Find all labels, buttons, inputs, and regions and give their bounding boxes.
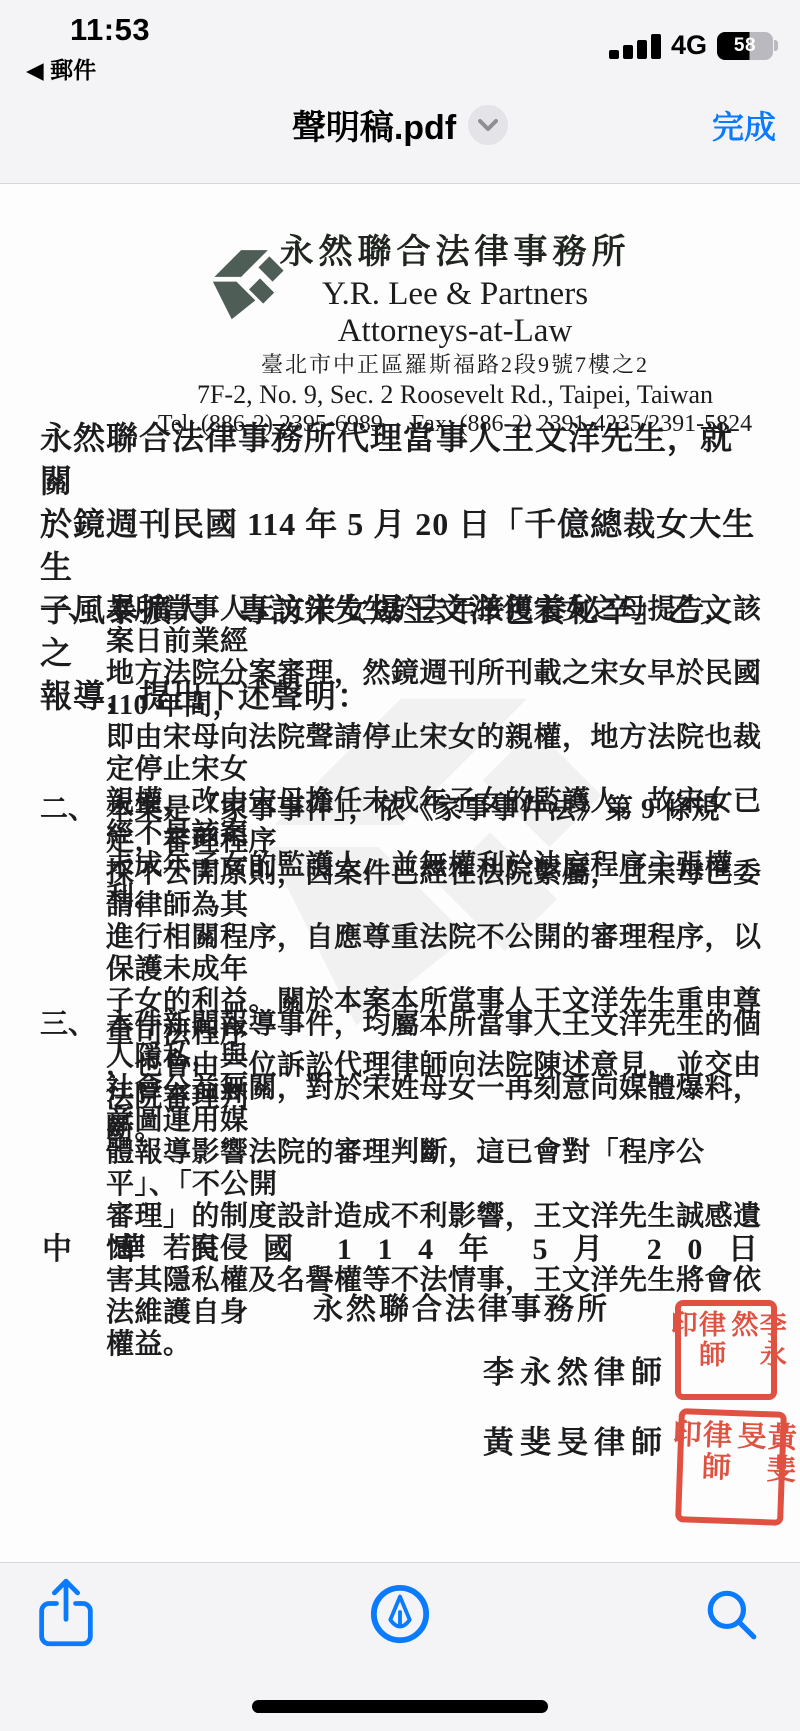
seal-1-left-column: 律師印 xyxy=(667,1310,724,1390)
seal-1-right-column: 李永然 xyxy=(728,1310,785,1390)
share-icon xyxy=(38,1577,94,1649)
firm-address-zh: 臺北市中正區羅斯福路2段9號7樓之2 xyxy=(110,350,800,380)
share-button[interactable] xyxy=(38,1577,94,1654)
firm-name-en: Y.R. Lee & Partners xyxy=(110,276,800,313)
signature-lawyer-2: 黃斐旻律師 xyxy=(483,1417,668,1462)
back-to-mail-button[interactable]: ◀ 郵件 xyxy=(26,52,96,85)
done-button[interactable]: 完成 xyxy=(712,102,776,148)
chevron-down-icon xyxy=(478,119,498,131)
seal-2-left-column: 律師印 xyxy=(667,1418,731,1514)
markup-button[interactable] xyxy=(369,1583,431,1650)
markup-icon xyxy=(369,1583,431,1645)
item-3-number: 三、 xyxy=(40,1009,106,1361)
title-menu-button[interactable] xyxy=(468,105,508,145)
date-line: 中 華 民 國 1 1 4 年 5 月 2 0 日 xyxy=(42,1224,758,1268)
battery-icon: 58 xyxy=(717,32,778,60)
signal-bars-icon xyxy=(609,33,661,59)
firm-name-zh: 永然聯合法律事務所 xyxy=(110,230,800,276)
network-type-label: 4G xyxy=(671,30,707,61)
search-icon xyxy=(702,1585,760,1643)
bottom-toolbar xyxy=(0,1562,800,1731)
firm-tagline: Attorneys-at-Law xyxy=(110,313,800,350)
letterhead: 永然聯合法律事務所 Y.R. Lee & Partners Attorneys-… xyxy=(110,230,800,439)
signature-firm: 永然聯合法律事務所 xyxy=(313,1284,610,1328)
battery-percent: 58 xyxy=(734,35,756,57)
seal-2-right-column: 黃斐旻 xyxy=(731,1420,795,1516)
document-title: 聲明稿.pdf xyxy=(292,100,456,149)
status-bar: 11:53 ◀ 郵件 4G 58 xyxy=(0,0,800,90)
home-indicator[interactable] xyxy=(252,1700,548,1713)
pdf-page[interactable]: 永然聯合法律事務所 Y.R. Lee & Partners Attorneys-… xyxy=(0,184,800,1562)
nav-bar: 聲明稿.pdf 完成 xyxy=(0,90,800,184)
lawyer-seal-1: 李永然 律師印 xyxy=(675,1300,777,1400)
search-button[interactable] xyxy=(702,1585,760,1648)
lawyer-seal-2: 黃斐旻 律師印 xyxy=(675,1408,787,1526)
status-indicators: 4G 58 xyxy=(609,30,778,61)
clock: 11:53 xyxy=(70,12,150,48)
signature-lawyer-1: 李永然律師 xyxy=(483,1347,668,1392)
firm-address-en: 7F-2, No. 9, Sec. 2 Roosevelt Rd., Taipe… xyxy=(110,380,800,410)
